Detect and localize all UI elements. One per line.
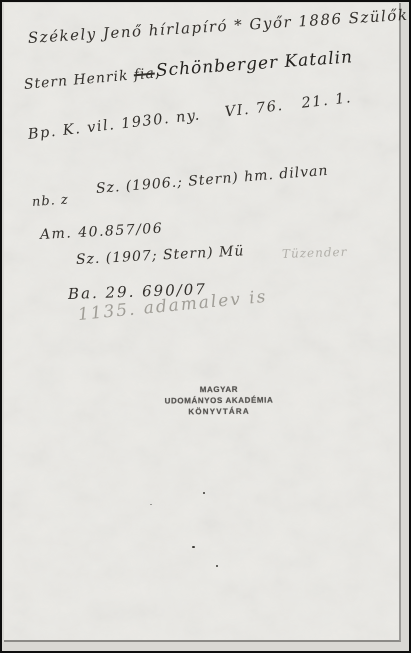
paper-background: Székely Jenő hírlapíró * Győr 1886 Szülő… [4, 3, 401, 642]
stamp-line-3: KÖNYVTÁRA [144, 405, 294, 417]
handwritten-mother-name: Schönberger Katalin [155, 47, 353, 81]
paper-speck [150, 504, 152, 505]
paper-speck [216, 565, 218, 567]
handwritten-line-5: Am. 40.857/06 [40, 221, 164, 243]
handwritten-line-4-prefix: nb. z [31, 192, 69, 210]
handwritten-line-4: Sz. (1906.; Stern) hm. dilvan [95, 163, 329, 197]
stamp-line-2: UDOMÁNYOS AKADÉMIA [144, 394, 294, 406]
handwritten-father-name: Stern Henrik [23, 67, 134, 93]
handwritten-line-1: Székely Jenő hírlapíró * Győr 1886 Szülő… [27, 6, 408, 47]
handwritten-line-3: Bp. K. vil. 1930. ny. VI. 76. 21. 1. [27, 90, 353, 143]
library-stamp: MAGYAR UDOMÁNYOS AKADÉMIA KÖNYVTÁRA [144, 383, 294, 417]
paper-speck [203, 492, 205, 494]
scanned-card: Székely Jenő hírlapíró * Győr 1886 Szülő… [0, 0, 411, 653]
handwritten-struck-word: fia [133, 66, 155, 84]
handwritten-line-6: Sz. (1907; Stern) Mü [76, 243, 245, 268]
handwritten-line-6-pencil-note: Tüzender [282, 245, 348, 261]
handwritten-line-2: Stern Henrik fia, [23, 65, 161, 93]
paper-speck [192, 546, 195, 548]
